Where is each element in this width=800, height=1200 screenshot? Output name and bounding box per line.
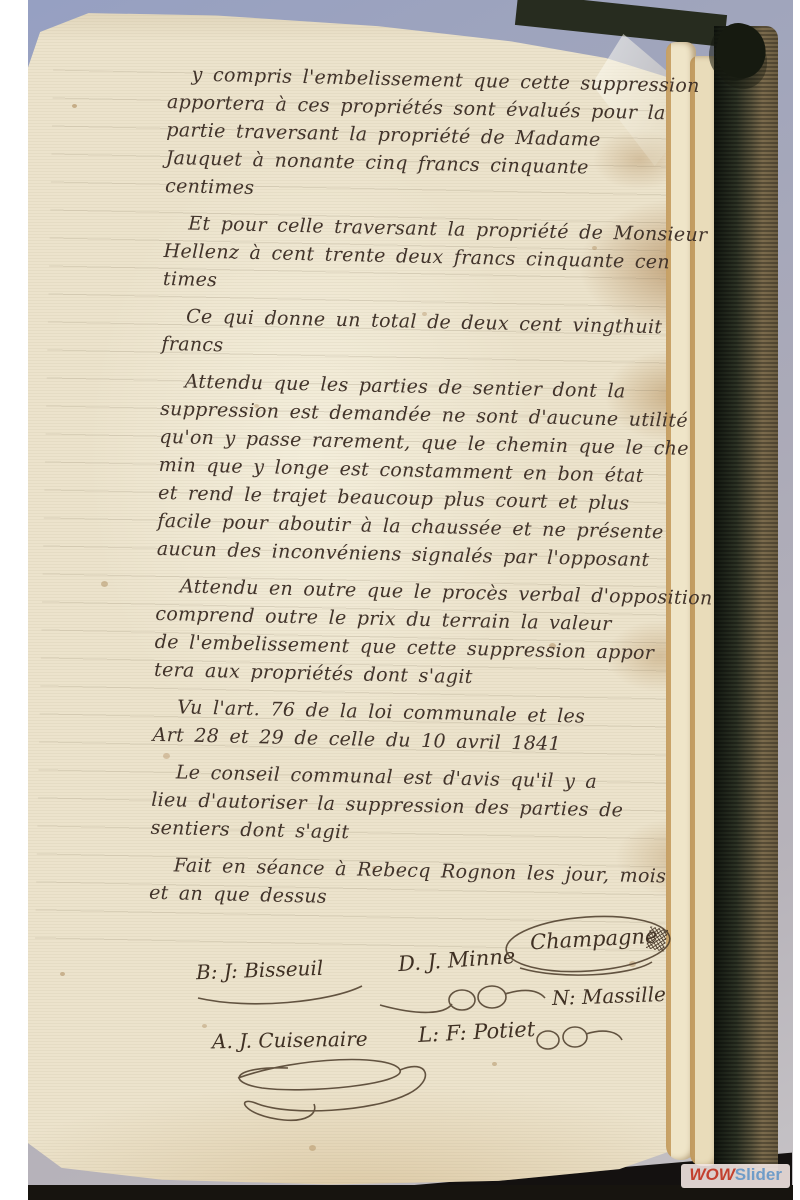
foxing-spots [72, 104, 77, 108]
paragraph: y compris l'embelissement que cette supp… [165, 60, 700, 212]
watermark-wow-text: WOW [689, 1165, 734, 1184]
book-cover-binding [714, 26, 778, 1176]
signature-cuisenaire: A. J. Cuisenaire [212, 1027, 368, 1054]
manuscript-text: y compris l'embelissement que cette supp… [149, 60, 700, 928]
paragraph: Attendu en outre que le procès verbal d'… [154, 572, 688, 696]
paragraph: Le conseil communal est d'avis qu'il y a… [150, 758, 684, 854]
photo-frame: y compris l'embelissement que cette supp… [0, 0, 800, 1200]
paragraph: Fait en séance à Rebecq Rognon les jour,… [149, 851, 682, 919]
signature-bisseuil: B: J: Bisseuil [196, 956, 324, 984]
wowslider-watermark[interactable]: WOWSlider [681, 1164, 790, 1188]
paragraph: Et pour celle traversant la propriété de… [163, 209, 697, 305]
watermark-slider-text: Slider [735, 1165, 782, 1184]
paragraph: Vu l'art. 76 de la loi communale et les … [152, 693, 685, 761]
signature-massille: N: Massille [552, 982, 667, 1010]
paragraph: Attendu que les parties de sentier dont … [157, 367, 693, 575]
paragraph: Ce qui donne un total de deux cent vingt… [161, 302, 694, 370]
photo-background-bottom [28, 1185, 793, 1200]
